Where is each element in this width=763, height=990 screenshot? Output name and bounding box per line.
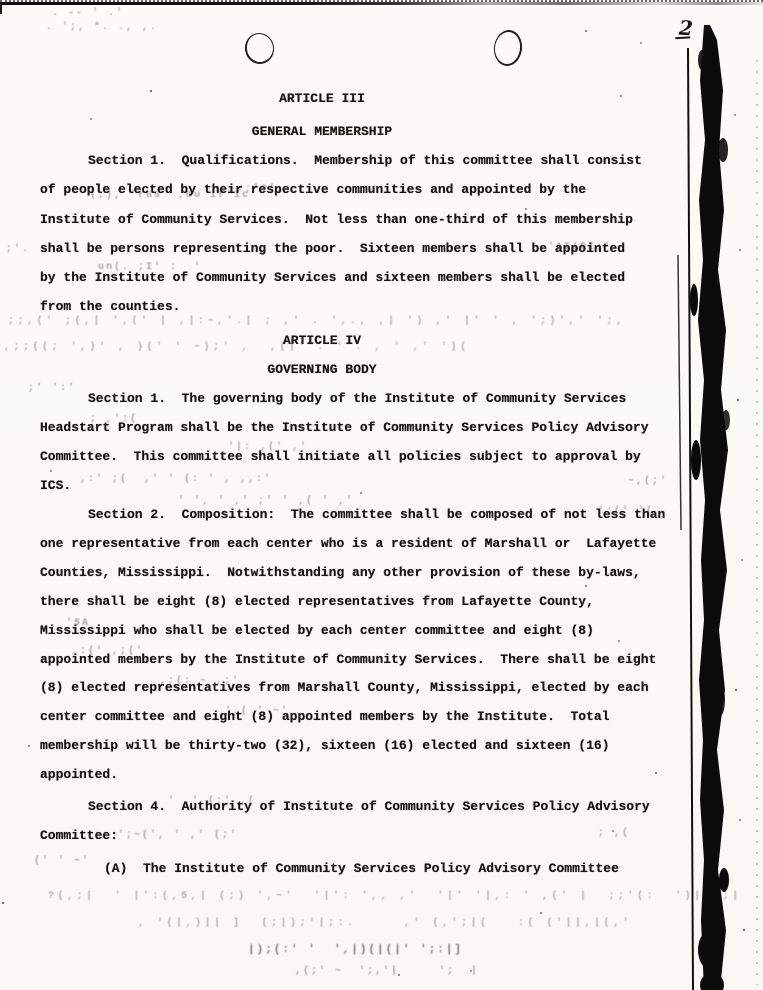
subheading-text: GENERAL MEMBERSHIP <box>6 117 638 146</box>
text-line: Mississippi who shall be elected by each… <box>40 617 672 646</box>
binding-edge-artifact <box>660 0 763 990</box>
ghost-smudge: ,:(' ,;(' <box>72 646 144 657</box>
text-line: (8) elected representatives from Marshal… <box>40 674 672 703</box>
ghost-smudge: 'AI(0I;' <box>548 242 612 253</box>
article-iv-subheading: GOVERNING BODY <box>6 355 638 384</box>
article-iii-section-1-paragraph: Section 1. Qualifications. Membership of… <box>40 146 672 322</box>
ghost-smudge: . ';, *. ., ,. <box>46 22 158 33</box>
article-iv-item-a-paragraph: (A) The Institute of Community Services … <box>40 854 672 883</box>
ghost-smudge: ,(;' ~ ';,'| '; | <box>295 966 479 977</box>
ghost-smudge: ;' ':' <box>28 383 76 394</box>
text-line: center committee and eight (8) appointed… <box>40 703 672 732</box>
ghost-smudge: ,:' ;( ,' ' (: ' , ,,:' <box>80 474 272 485</box>
ghost-smudge: ; ,( <box>598 828 630 839</box>
text-line: there shall be eight (8) elected represe… <box>40 588 672 617</box>
article-iii-subheading: GENERAL MEMBERSHIP <box>6 117 638 146</box>
ghost-smudge: , ,~:;'?', <box>205 184 285 195</box>
ghost-smudge: , '(|,)|| ] (;|);'|;:. ,' (,';|( :( ('||… <box>138 918 632 929</box>
ghost-smudge: ',( ' ~' <box>225 706 289 717</box>
text-line: Section 4. Authority of Institute of Com… <box>40 792 672 821</box>
hole-punch-left <box>242 30 277 66</box>
text-line: (A) The Institute of Community Services … <box>40 854 672 883</box>
ghost-smudge: |);(:' ' ',|)(|(|' ';:|] <box>248 944 463 956</box>
top-left-edge-tick <box>0 3 2 14</box>
ghost-smudge: . -- ' .' <box>52 8 124 19</box>
article-iv-section-4-paragraph: Section 4. Authority of Institute of Com… <box>40 792 672 851</box>
ghost-smudge: ';(' '( <box>598 506 654 517</box>
ghost-smudge: ;'. <box>6 244 30 255</box>
text-line: appointed. <box>40 761 672 790</box>
hole-punch-right <box>492 28 524 67</box>
speckle-noise <box>150 90 152 92</box>
ghost-smudge: '|: ,(' ,' <box>228 442 308 453</box>
ghost-smudge: ; ,':( <box>90 414 138 425</box>
heading-text: ARTICLE III <box>6 84 638 113</box>
ghost-smudge: ,;(: ~ ,;' <box>160 676 240 687</box>
text-line: Counties, Mississippi. Notwithstanding a… <box>40 559 672 588</box>
text-line: Section 1. Qualifications. Membership of… <box>40 146 672 175</box>
ghost-smudge: ';~(', ' ,' (;' <box>118 830 238 841</box>
text-line: Section 2. Composition: The committee sh… <box>40 501 672 530</box>
ghost-smudge: ?(,;| ' |':(,5,| (;) ',~' '|': ',, ,' '|… <box>48 891 742 902</box>
ghost-smudge: '5A <box>66 618 90 629</box>
ghost-smudge: ;;,(' ;(,| ',(' | ,|:~,'.| ; ,' . ',., ,… <box>8 316 626 327</box>
ghost-smudge: ,;;((; ',)' , )(' ' ~);' , ,(|' . ' . , … <box>4 342 470 353</box>
subheading-text: GOVERNING BODY <box>6 355 638 384</box>
text-line: Institute of Community Services. Not les… <box>40 205 672 234</box>
ghost-smudge: ' ', ' ,' ;' ' ,( ' ,' <box>178 496 354 507</box>
ghost-smudge: un(. ;I' : ' <box>98 262 202 273</box>
ghost-smudge: ' ,' (:' ,( <box>168 796 256 807</box>
scanned-document-page: 2 ARTICLE III GENERAL MEMBERSHIP Section… <box>0 0 763 990</box>
top-edge-scan-line <box>0 2 763 5</box>
text-line: Committee. This committee shall initiate… <box>40 442 672 471</box>
text-line: Section 1. The governing body of the Ins… <box>40 384 672 413</box>
text-line: one representative from each center who … <box>40 530 672 559</box>
article-iii-heading: ARTICLE III <box>6 84 638 113</box>
ghost-smudge: (' ' ~' <box>34 856 90 867</box>
text-line: membership will be thirty-two (32), sixt… <box>40 732 672 761</box>
